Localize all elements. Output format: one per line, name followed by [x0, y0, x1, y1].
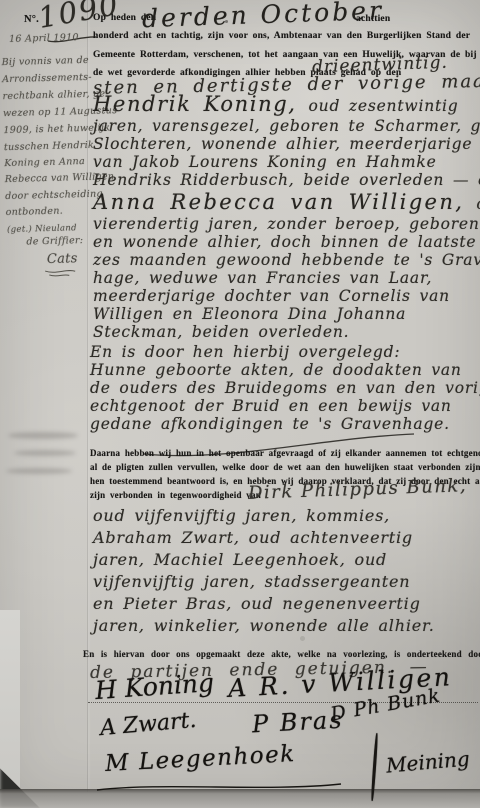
groom-line: Hendriks Ridderbusch, beide overleden — … — [93, 171, 480, 189]
witness-line: Abraham Zwart, oud achtenveertig — [93, 528, 413, 547]
witness-line: jaren, Machiel Leegenhoek, oud — [93, 550, 387, 569]
vows-printed-line: zijn verbonden in tegenwoordigheid van — [90, 490, 261, 500]
groom-line: van Jakob Lourens Koning en Hahmke — [93, 153, 437, 171]
ink-speck — [300, 636, 305, 641]
groom-name: Hendrik Koning, — [93, 92, 297, 116]
vows-printed-line: al de pligten zullen vervullen, welke do… — [90, 462, 458, 472]
margin-griffier-signature: Cats — [47, 251, 78, 267]
bride-line: hage, weduwe van Francies van Laar, — [93, 269, 432, 287]
bleed-through-artifact — [6, 468, 72, 474]
bride-line: en wonende alhier, doch binnen de laatst… — [93, 233, 476, 251]
groom-line: Slochteren, wonende alhier, meerderjarig… — [93, 135, 480, 153]
bride-line: Willigen en Eleonora Dina Johanna — [93, 305, 406, 323]
margin-note-line: ontbonden. — [5, 206, 63, 218]
bride-name: Anna Rebecca van Willigen, — [93, 190, 464, 214]
margin-note-line: Bij vonnis van de — [2, 55, 89, 68]
margin-signature-flourish — [43, 267, 77, 278]
margin-griffier-label: de Griffier: — [26, 235, 83, 247]
bride-line: vierendertig jaren, zonder beroep, gebor… — [93, 215, 480, 233]
witness-line: en Pieter Bras, oud negenenveertig — [93, 594, 421, 613]
printed-intro-year-start: achttien — [356, 14, 390, 24]
signature-underline-flourish — [95, 780, 345, 794]
documents-line: Hunne geboorte akten, de doodakten van — [90, 361, 462, 379]
documents-line: gedane afkondigingen te 's Gravenhage. — [90, 415, 450, 433]
groom-line: jaren, varensgezel, geboren te Scharmer,… — [93, 117, 480, 135]
margin-note-line: Koning en Anna — [4, 156, 85, 169]
printed-intro-line2: honderd acht en tachtig, zijn voor ons, … — [93, 31, 389, 41]
margin-note-line: tusschen Hendrik — [4, 140, 94, 153]
witness-line: oud vijfenvijftig jaren, kommies, — [93, 506, 390, 525]
margin-note-line: door echtscheiding — [5, 189, 103, 203]
bride-line: Steckman, beiden overleden. — [93, 323, 349, 341]
witness-line: jaren, winkelier, wonende alle alhier. — [93, 616, 435, 635]
bride-line: meerderjarige dochter van Cornelis van — [93, 287, 450, 305]
handwritten-marriage-date: derden October — [142, 0, 385, 33]
groom-name-line: Hendrik Koning, oud zesentwintig — [93, 92, 459, 116]
bride-name-line: Anna Rebecca van Willigen, oud — [93, 190, 480, 214]
bleed-through-artifact — [14, 450, 76, 456]
margin-date: 16 April 1910 — [9, 32, 79, 45]
vows-printed-line: Daarna hebben wij hun in het openbaar af… — [90, 448, 458, 458]
margin-note-line: Arrondissements- — [2, 72, 92, 85]
documents-line: de ouders des Bruidegoms en van den vori… — [90, 379, 480, 397]
margin-attest: (get.) Nieuland — [7, 223, 77, 235]
signature-official: Meining — [385, 746, 470, 777]
bride-line: zes maanden gewoond hebbende te 's Grave… — [93, 251, 480, 269]
groom-line1-rest: oud zesentwintig — [309, 97, 459, 115]
documents-line: En is door hen hierbij overgelegd: — [90, 343, 400, 361]
marriage-certificate-scan: N°. 1090 16 April 1910 Bij vonnis van de… — [0, 0, 480, 808]
signature-witness-zwart: A Zwart. — [99, 708, 197, 741]
bleed-through-artifact — [8, 432, 78, 439]
documents-line: echtgenoot der Bruid en een bewijs van — [90, 397, 452, 415]
margin-annotation: 16 April 1910 Bij vonnis van de Arrondis… — [0, 0, 94, 301]
bride-line1-rest: oud — [476, 195, 480, 213]
witness-line: vijfenvijftig jaren, stadssergeanten — [93, 572, 410, 591]
signature-witness-leegenhoek: M Leegenhoek — [104, 741, 296, 777]
